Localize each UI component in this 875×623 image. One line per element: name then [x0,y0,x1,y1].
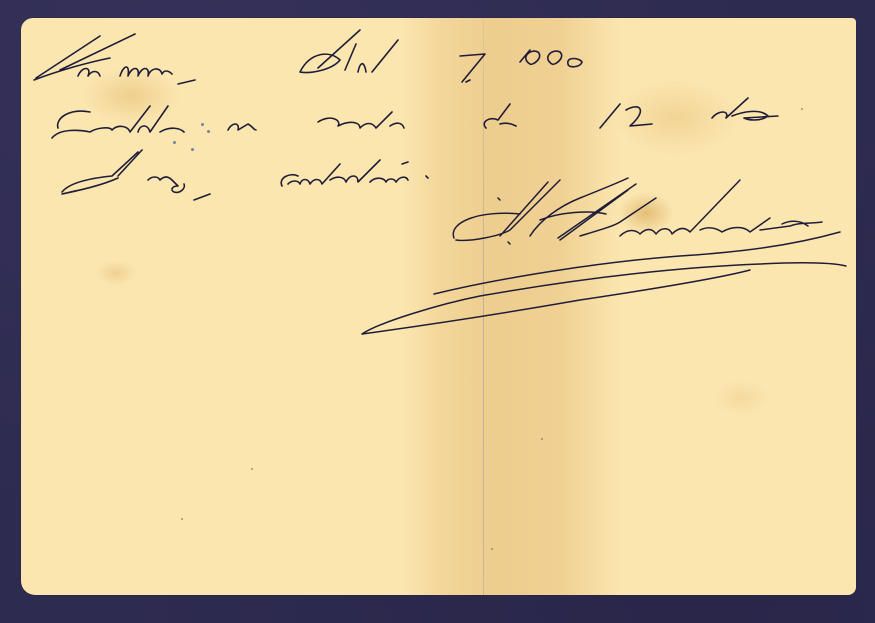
handwriting-strokes [0,0,875,623]
line-1-strokes [34,30,582,84]
signature-strokes [362,178,846,334]
line-2-strokes [52,98,778,138]
handwritten-text: Habana, Abril 7, 1880 Recibida su carta … [0,0,875,623]
line-3-strokes [62,150,428,200]
